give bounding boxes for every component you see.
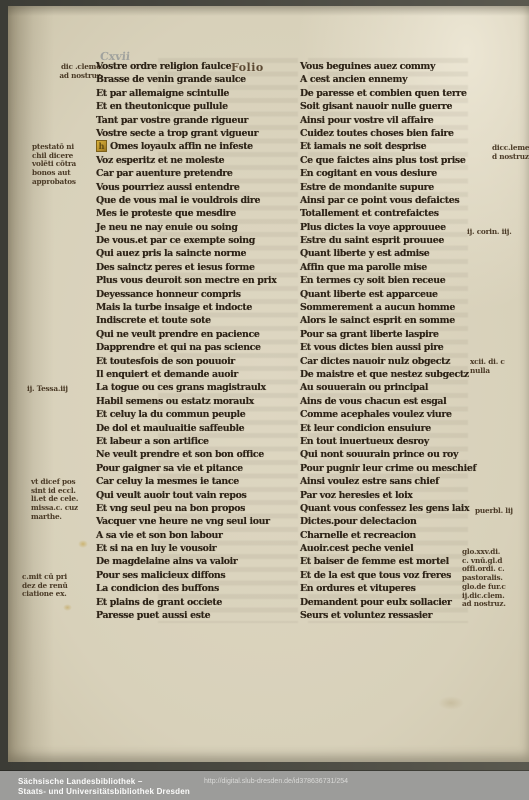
verse-line: Vostre secte a trop grant vigueur [96, 127, 304, 140]
verse-line: Seurs et voluntez ressasier [300, 609, 500, 622]
verse-line: Des sainctz peres et iesus forme [96, 261, 304, 274]
verse-line: Mes ie proteste que mesdire [96, 207, 304, 220]
verse-line: Cuidez toutes choses bien faire [300, 127, 500, 140]
verse-line: Et de la est que tous voz freres [300, 569, 500, 582]
verse-line: Estre de mondanite supure [300, 181, 500, 194]
verse-line: Alors le sainct esprit en somme [300, 314, 500, 327]
verse-line: Soit gisant nauoir nulle guerre [300, 100, 500, 113]
verse-line: Pour pugnir leur crime ou meschief [300, 462, 500, 475]
verse-line: Ainsi pour vostre vil affaire [300, 114, 500, 127]
verse-line: Car dictes nauoir nulz obgectz [300, 355, 500, 368]
verse-line: Brasse de venin grande saulce [96, 73, 304, 86]
verse-line: Paresse puet aussi este [96, 609, 304, 622]
verse-line: Et celuy la du commun peuple [96, 408, 304, 421]
verse-line: Et vous dictes bien aussi pire [300, 341, 500, 354]
verse-line: Plus dictes la voye approuuee [300, 221, 500, 234]
verse-line: Et en theutonicque pullule [96, 100, 304, 113]
verse-line: Ce que faictes ains plus tost prise [300, 154, 500, 167]
verse-line: La condicion des buffons [96, 582, 304, 595]
verse-line: Et labeur a son artifice [96, 435, 304, 448]
verse-line: Et toutesfois de son pouuoir [96, 355, 304, 368]
verse-line: De paresse et combien quen terre [300, 87, 500, 100]
verse-line: Vous pourriez aussi entendre [96, 181, 304, 194]
verse-line: Vacquer vne heure ne vng seul iour [96, 515, 304, 528]
verse-line: Qui ne veult prendre en pacience [96, 328, 304, 341]
verse-line: De magdelaine ains va valoir [96, 555, 304, 568]
manuscript-page: Cxvii Folio dic .clemē. ad nostruz. ptes… [8, 6, 529, 762]
verse-line: De dol et mauluaitie saffeuble [96, 422, 304, 435]
verse-line: Ains de vous chacun est esgal [300, 395, 500, 408]
verse-line: Totallement et contrefaictes [300, 207, 500, 220]
verse-line: Il enquiert et demande auoir [96, 368, 304, 381]
verse-line: Et leur condicion ensuiure [300, 422, 500, 435]
verse-line: Demandent pour eulx sollacier [300, 596, 500, 609]
margin-note-renunciatione: c.mit cū pri dez de renū ciatione ex. [22, 573, 68, 599]
verse-line: Omes loyaulx affin ne infeste [96, 140, 304, 153]
verse-line: Ainsi voulez estre sans chief [300, 475, 500, 488]
verse-line: De vous.et par ce exempte soing [96, 234, 304, 247]
verse-line: Tant par vostre grande rigueur [96, 114, 304, 127]
verse-line: Sommerement a aucun homme [300, 301, 500, 314]
verse-line: Par voz heresies et loix [300, 489, 500, 502]
manuscript-scan: Cxvii Folio dic .clemē. ad nostruz. ptes… [0, 0, 529, 800]
verse-line: Comme acephales voulez viure [300, 408, 500, 421]
verse-line: A cest ancien ennemy [300, 73, 500, 86]
left-text-column: Vostre ordre religion faulceBrasse de ve… [96, 60, 304, 622]
verse-line: Deyessance honneur compris [96, 288, 304, 301]
verse-line: Vostre ordre religion faulce [96, 60, 304, 73]
verse-line: La togue ou ces grans magistraulx [96, 381, 304, 394]
verse-line: Et par allemaigne scintulle [96, 87, 304, 100]
verse-line: Que de vous mal ie vouldrois dire [96, 194, 304, 207]
verse-line: Je neu ne nay enuie ou soing [96, 221, 304, 234]
verse-line: Au souuerain ou principal [300, 381, 500, 394]
page-top-shadow [8, 6, 529, 16]
right-text-column: Vous beguines auez commyA cest ancien en… [300, 60, 500, 622]
paper-stain [78, 540, 88, 548]
verse-line: Quant liberte est apparceue [300, 288, 500, 301]
paper-stain [438, 696, 464, 710]
verse-line: Vous beguines auez commy [300, 60, 500, 73]
verse-line: Estre du saint esprit prouuee [300, 234, 500, 247]
verse-line: En tout inuertueux desroy [300, 435, 500, 448]
verse-line: Pour gaigner sa vie et pitance [96, 462, 304, 475]
margin-note-ecclesia: vt dicef pos sint id eccl. li.et de cele… [31, 478, 78, 522]
verse-line: Quant vous confessez les gens laix [300, 502, 500, 515]
verse-line: Car par auenture pretendre [96, 167, 304, 180]
verse-line: Et baiser de femme est mortel [300, 555, 500, 568]
paper-stain [63, 604, 72, 611]
verse-line: En cogitant en vous desiure [300, 167, 500, 180]
verse-line: Voz esperitz et ne moleste [96, 154, 304, 167]
verse-line: Quant liberte y est admise [300, 247, 500, 260]
verse-line: Habil semens ou estatz moraulx [96, 395, 304, 408]
verse-line: Dapprendre et qui na pas science [96, 341, 304, 354]
verse-line: Auoir.cest peche veniel [300, 542, 500, 555]
verse-line: Ainsi par ce point vous defaictes [300, 194, 500, 207]
margin-note-protestatio: ptestatō ni chil dicere volēti cōtra bon… [32, 143, 76, 187]
verse-line: Charnelle et recreacion [300, 529, 500, 542]
verse-line: Plus vous deuroit son mectre en prix [96, 274, 304, 287]
verse-line: Indiscrete et toute sote [96, 314, 304, 327]
library-name-line1: Sächsische Landesbibliothek – [18, 777, 190, 787]
verse-line: Qui auez pris la saincte norme [96, 247, 304, 260]
verse-line: En termes cy soit bien receue [300, 274, 500, 287]
verse-line: Mais la turbe insaige et indocte [96, 301, 304, 314]
verse-line: Affin que ma parolle mise [300, 261, 500, 274]
verse-line: Qui veult auoir tout vain repos [96, 489, 304, 502]
verse-line: Ne veult prendre et son bon office [96, 448, 304, 461]
verse-line: En ordures et vituperes [300, 582, 500, 595]
scan-source-url: http://digital.slub-dresden.de/id3786367… [204, 778, 348, 785]
verse-line: Pour ses malicieux diffons [96, 569, 304, 582]
verse-line: Qui nont souurain prince ou roy [300, 448, 500, 461]
library-name: Sächsische Landesbibliothek – Staats- un… [18, 777, 190, 796]
verse-line: Et si na en luy le vousoir [96, 542, 304, 555]
verse-line: Pour sa grant liberte laspire [300, 328, 500, 341]
verse-line: A sa vie et son bon labour [96, 529, 304, 542]
margin-note-thessalonians: ij. Tessa.iij [27, 385, 68, 394]
verse-line: Et vng seul peu na bon propos [96, 502, 304, 515]
verse-line: Et plains de grant occiete [96, 596, 304, 609]
verse-line: Dictes.pour delectacion [300, 515, 500, 528]
library-name-line2: Staats- und Universitätsbibliothek Dresd… [18, 787, 190, 797]
verse-line: Car celuy la mesmes ie tance [96, 475, 304, 488]
library-footer-bar: Sächsische Landesbibliothek – Staats- un… [0, 771, 529, 800]
verse-line: Et iamais ne soit desprise [300, 140, 500, 153]
verse-line: De maistre et que nestez subgectz [300, 368, 500, 381]
